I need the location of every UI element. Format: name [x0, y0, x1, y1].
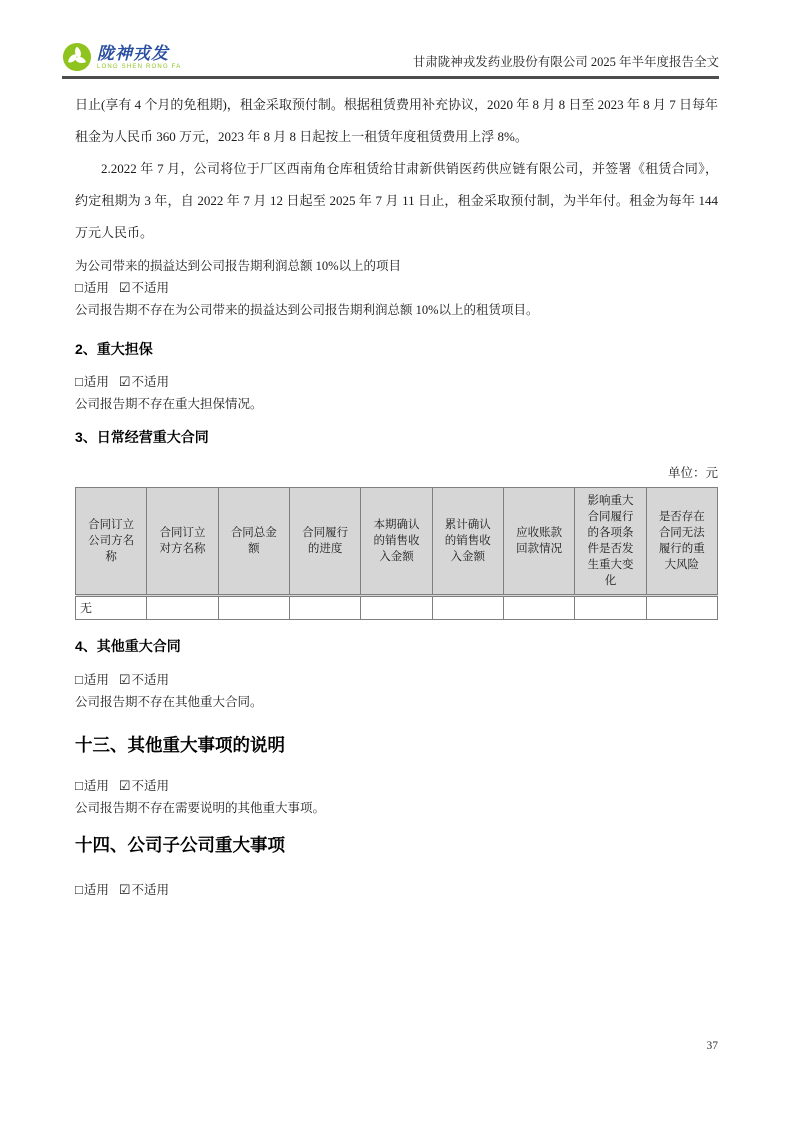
applicable-label: 适用: [84, 375, 109, 389]
applicable-option: □适用: [75, 779, 109, 793]
page-header: 陇神戎发 LONG SHEN RONG FA 甘肃陇神戎发药业股份有限公司 20…: [62, 0, 719, 79]
table-cell: [361, 596, 432, 620]
column-header: 合同订立对方名称: [147, 488, 218, 596]
guarantee-note: 公司报告期不存在重大担保情况。: [75, 393, 718, 415]
section-title-daily-contracts: 3、日常经营重大合同: [75, 427, 718, 447]
checkbox-checked-icon: ☑: [119, 280, 131, 295]
checkbox-unchecked-icon: □: [75, 672, 83, 687]
applicability-row-subsidiary: □适用☑不适用: [75, 879, 718, 901]
column-header: 应收账款回款情况: [503, 488, 574, 596]
table-cell: [646, 596, 717, 620]
company-logo: 陇神戎发 LONG SHEN RONG FA: [62, 42, 181, 72]
column-header: 累计确认的销售收入金额: [432, 488, 503, 596]
not-applicable-option: ☑不适用: [119, 779, 169, 793]
column-header: 影响重大合同履行的各项条件是否发生重大变化: [575, 488, 646, 596]
applicable-label: 适用: [84, 883, 109, 897]
applicable-label: 适用: [84, 673, 109, 687]
table-cell: [147, 596, 218, 620]
not-applicable-option: ☑不适用: [119, 375, 169, 389]
section-title-guarantee: 2、重大担保: [75, 339, 718, 359]
column-header: 本期确认的销售收入金额: [361, 488, 432, 596]
applicability-row-other-contracts: □适用☑不适用: [75, 669, 718, 691]
applicable-option: □适用: [75, 673, 109, 687]
checkbox-checked-icon: ☑: [119, 374, 131, 389]
logo-brand-en: LONG SHEN RONG FA: [97, 64, 181, 70]
table-header-row: 合同订立公司方名称 合同订立对方名称 合同总金额 合同履行的进度 本期确认的销售…: [76, 488, 718, 596]
logo-text: 陇神戎发 LONG SHEN RONG FA: [97, 45, 181, 70]
not-applicable-option: ☑不适用: [119, 883, 169, 897]
table-cell: [218, 596, 289, 620]
applicable-option: □适用: [75, 281, 109, 295]
logo-pinwheel-icon: [62, 42, 92, 72]
checkbox-checked-icon: ☑: [119, 672, 131, 687]
applicability-row-lease: □适用☑不适用: [75, 277, 718, 299]
table-cell: [503, 596, 574, 620]
logo-brand-cn: 陇神戎发: [97, 45, 181, 62]
applicable-option: □适用: [75, 883, 109, 897]
document-title: 甘肃陇神戎发药业股份有限公司 2025 年半年度报告全文: [413, 52, 719, 72]
profit-threshold-line: 为公司带来的损益达到公司报告期利润总额 10%以上的项目: [75, 255, 718, 277]
section-title-other-contracts: 4、其他重大合同: [75, 636, 718, 656]
applicable-label: 适用: [84, 281, 109, 295]
lease-paragraph-2: 2.2022 年 7 月，公司将位于厂区西南角仓库租赁给甘肃新供销医药供应链有限…: [75, 153, 718, 249]
column-header: 是否存在合同无法履行的重大风险: [646, 488, 717, 596]
checkbox-unchecked-icon: □: [75, 280, 83, 295]
section-title-subsidiary-matters: 十四、公司子公司重大事项: [75, 833, 718, 857]
lease-note: 公司报告期不存在为公司带来的损益达到公司报告期利润总额 10%以上的租赁项目。: [75, 299, 718, 321]
not-applicable-option: ☑不适用: [119, 673, 169, 687]
lease-paragraph-1: 日止(享有 4 个月的免租期)，租金采取预付制。根据租赁费用补充协议，2020 …: [75, 89, 718, 153]
table-row: 无: [76, 596, 718, 620]
checkbox-unchecked-icon: □: [75, 374, 83, 389]
not-applicable-label: 不适用: [132, 779, 170, 793]
table-unit-label: 单位：元: [75, 464, 718, 482]
not-applicable-label: 不适用: [132, 375, 170, 389]
table-cell: [575, 596, 646, 620]
not-applicable-label: 不适用: [132, 281, 170, 295]
other-contracts-note: 公司报告期不存在其他重大合同。: [75, 691, 718, 713]
not-applicable-label: 不适用: [132, 883, 170, 897]
not-applicable-label: 不适用: [132, 673, 170, 687]
applicability-row-other-matters: □适用☑不适用: [75, 775, 718, 797]
column-header: 合同履行的进度: [289, 488, 360, 596]
table-cell: [432, 596, 503, 620]
report-page: 陇神戎发 LONG SHEN RONG FA 甘肃陇神戎发药业股份有限公司 20…: [0, 0, 793, 1122]
checkbox-unchecked-icon: □: [75, 882, 83, 897]
not-applicable-option: ☑不适用: [119, 281, 169, 295]
applicability-row-guarantee: □适用☑不适用: [75, 371, 718, 393]
section-title-other-matters: 十三、其他重大事项的说明: [75, 733, 718, 757]
table-cell: 无: [76, 596, 147, 620]
column-header: 合同订立公司方名称: [76, 488, 147, 596]
page-content: 日止(享有 4 个月的免租期)，租金采取预付制。根据租赁费用补充协议，2020 …: [75, 89, 718, 901]
applicable-option: □适用: [75, 375, 109, 389]
applicable-label: 适用: [84, 779, 109, 793]
checkbox-checked-icon: ☑: [119, 778, 131, 793]
checkbox-unchecked-icon: □: [75, 778, 83, 793]
daily-contracts-table: 合同订立公司方名称 合同订立对方名称 合同总金额 合同履行的进度 本期确认的销售…: [75, 487, 718, 620]
checkbox-checked-icon: ☑: [119, 882, 131, 897]
table-cell: [289, 596, 360, 620]
page-number: 37: [707, 1040, 719, 1052]
other-matters-note: 公司报告期不存在需要说明的其他重大事项。: [75, 797, 718, 819]
column-header: 合同总金额: [218, 488, 289, 596]
